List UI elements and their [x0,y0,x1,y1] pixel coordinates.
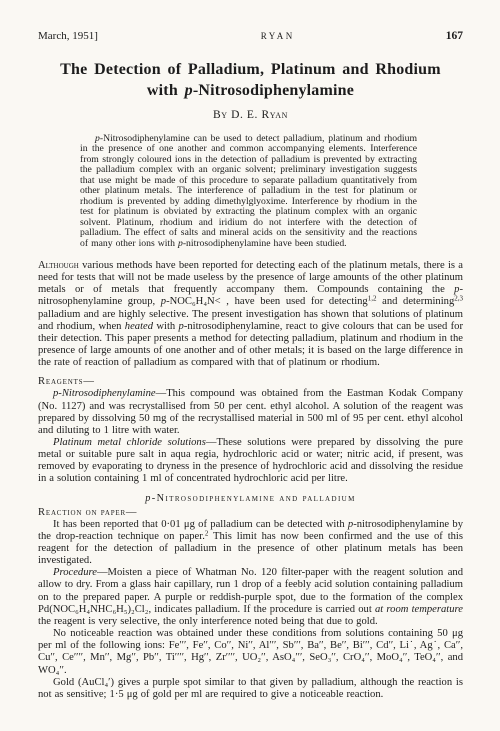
article-title-line1: The Detection of Palladium, Platinum and… [38,59,463,80]
running-title-author: RYAN [261,31,295,41]
text-run: Reaction on paper— [38,507,137,518]
text-run: -Nitrosodiphenylamine and palladium [152,493,356,504]
section-heading-nitrosodiphenylamine-and-palladium: p-Nitrosodiphenylamine and palladium [38,493,463,505]
reaction-paragraph: It has been reported that 0·01 μg of pal… [38,519,463,568]
ions-paragraph: No noticeable reaction was obtained unde… [38,628,463,677]
text-run: The Detection of Palladium, Platinum and… [60,61,441,78]
byline: By D. E. Ryan [38,109,463,121]
text-run: It has been reported that 0·01 μg of pal… [53,519,348,530]
journal-page: March, 1951] RYAN 167 The Detection of P… [0,0,500,731]
text-run: -Nitrosodiphenylamine [193,82,354,99]
subsection-heading-reaction-on-paper: Reaction on paper— [38,507,463,519]
text-run: 2,3 [454,295,463,303]
text-run: Gold (AuCl₄′) gives a purple spot simila… [38,677,463,700]
text-run: with [153,321,179,332]
abstract: p-Nitrosodiphenylamine can be used to de… [80,134,417,249]
text-run: By D. E. Ryan [213,109,288,121]
article-title-line2: with p-Nitrosodiphenylamine [38,80,463,101]
text-run: the reagent is very selective, the only … [38,616,378,627]
page-number: 167 [446,30,463,42]
gold-paragraph: Gold (AuCl₄′) gives a purple spot simila… [38,677,463,701]
reagent-paragraph-nitrosodiphenylamine: p-Nitrosodiphenylamine—This compound was… [38,388,463,437]
issue-date: March, 1951] [38,30,98,42]
reagent-paragraph-chloride-solutions: Platinum metal chloride solutions—These … [38,437,463,486]
text-run: -Nitrosodiphenylamine [58,388,155,399]
text-run: at room temperature [375,604,463,615]
text-run: heated [125,321,153,332]
text-run: -nitrosodiphenylamine have been studied. [183,238,347,249]
text-run: various methods have been reported for d… [38,260,463,295]
text-run: -NOC₆H₄N< , have been used for detecting [166,296,368,307]
procedure-paragraph: Procedure—Moisten a piece of Whatman No.… [38,567,463,628]
text-run: p [185,82,193,99]
text-run: Reagents— [38,376,95,387]
text-run: Platinum metal chloride solutions [53,437,206,448]
text-run: and determining [376,296,454,307]
text-run: -Nitrosodiphenylamine can be used to det… [80,133,417,249]
text-run: No noticeable reaction was obtained unde… [38,628,463,675]
running-head: March, 1951] RYAN 167 [38,30,463,42]
text-run: Procedure [53,567,97,578]
text-run: Although [38,260,79,271]
article-title: The Detection of Palladium, Platinum and… [38,59,463,101]
section-heading-reagents: Reagents— [38,376,463,388]
text-run: with [147,82,185,99]
intro-paragraph: Although various methods have been repor… [38,260,463,369]
